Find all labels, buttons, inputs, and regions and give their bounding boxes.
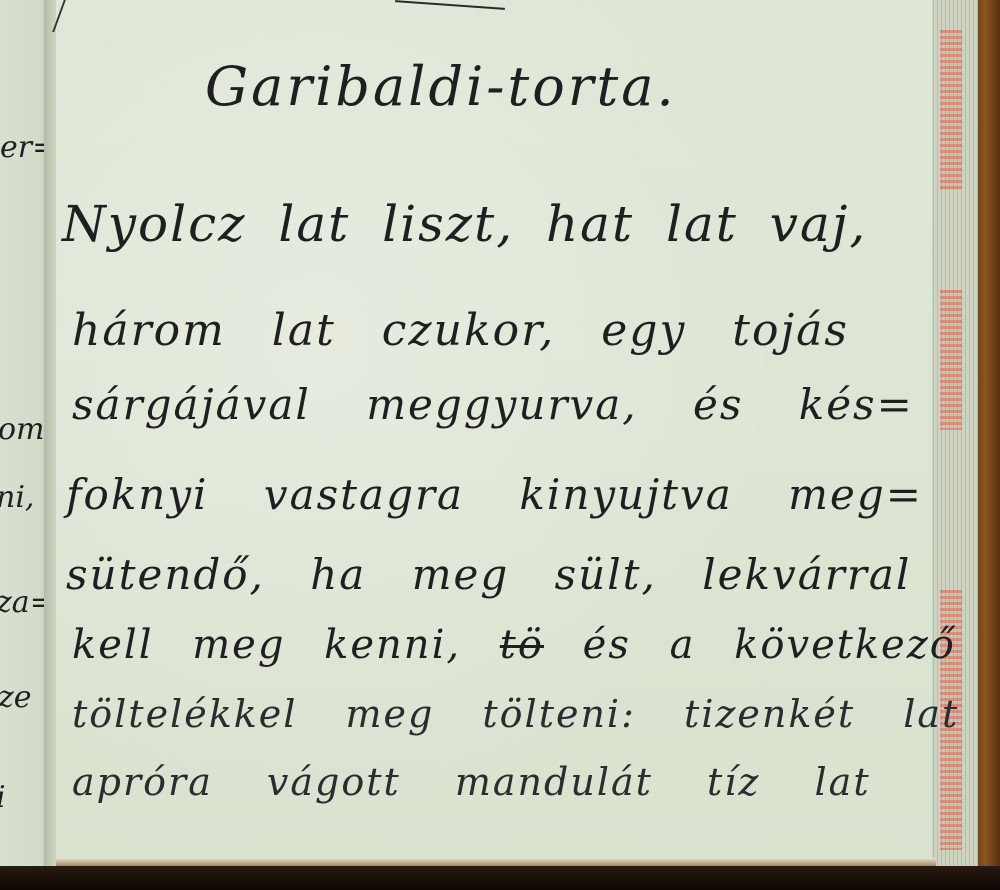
recipe-line-6-end: és a következő (583, 622, 956, 668)
recipe-line-3: sárgájával meggyurva, és kés= (72, 380, 914, 429)
recipe-line-7: töltelékkel meg tölteni: tizenkét lat (72, 692, 959, 736)
left-page-sliver: er= om ni, za= ze i (0, 0, 50, 866)
struck-out-word: tö (500, 622, 544, 668)
left-fragment: ni, (0, 480, 34, 515)
recipe-line-2: három lat czukor, egy tojás (72, 305, 849, 356)
left-fragment: i (0, 780, 6, 815)
book-cover-edge (975, 0, 1000, 870)
red-page-edge-middle (940, 290, 962, 430)
recipe-line-1: Nyolcz lat liszt, hat lat vaj, (62, 195, 867, 253)
book-photo: er= om ni, za= ze i Garibaldi-torta. Nyo… (0, 0, 1000, 890)
book-cover-bottom (0, 866, 1000, 890)
left-fragment: om (0, 412, 45, 447)
left-fragment: ze (0, 680, 32, 715)
recipe-line-4: foknyi vastagra kinyujtva meg= (66, 470, 923, 519)
page-bottom-edge (56, 858, 936, 866)
recipe-line-8: apróra vágott mandulát tíz lat (72, 760, 871, 804)
recipe-line-5: sütendő, ha meg sült, lekvárral (66, 550, 911, 599)
recipe-title: Garibaldi-torta. (205, 55, 677, 118)
recipe-line-6: kell meg kenni, tö és a következő (72, 622, 956, 668)
recipe-line-6-start: kell meg kenni, (72, 622, 461, 668)
red-page-edge-upper (940, 30, 962, 190)
